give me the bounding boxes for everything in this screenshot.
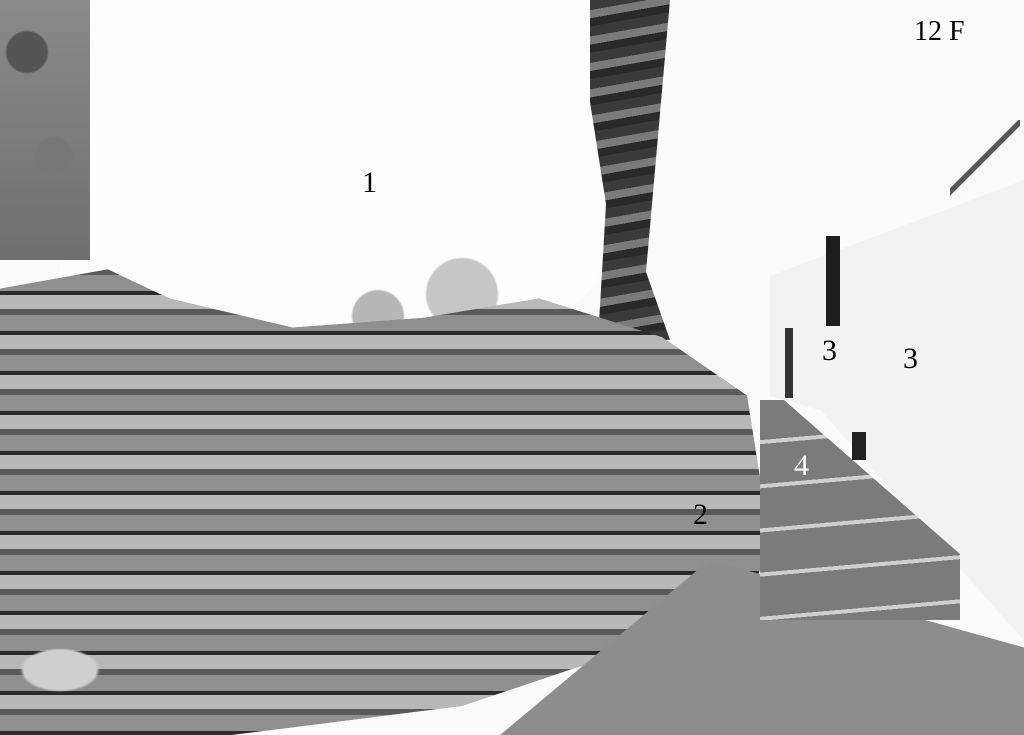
- photograph: 12 F 1 2 3 3 4: [0, 0, 1024, 735]
- annotation-3b: 3: [903, 344, 918, 374]
- branch: [950, 120, 1020, 200]
- annotation-2: 2: [693, 500, 708, 530]
- annotation-4: 4: [794, 451, 809, 481]
- left-rubble: [0, 0, 90, 260]
- wall-box: [852, 432, 866, 460]
- window: [826, 236, 840, 326]
- plate-label: 12 F: [914, 18, 965, 46]
- doorway: [785, 328, 793, 398]
- annotation-3a: 3: [822, 336, 837, 366]
- annotation-1: 1: [362, 168, 377, 198]
